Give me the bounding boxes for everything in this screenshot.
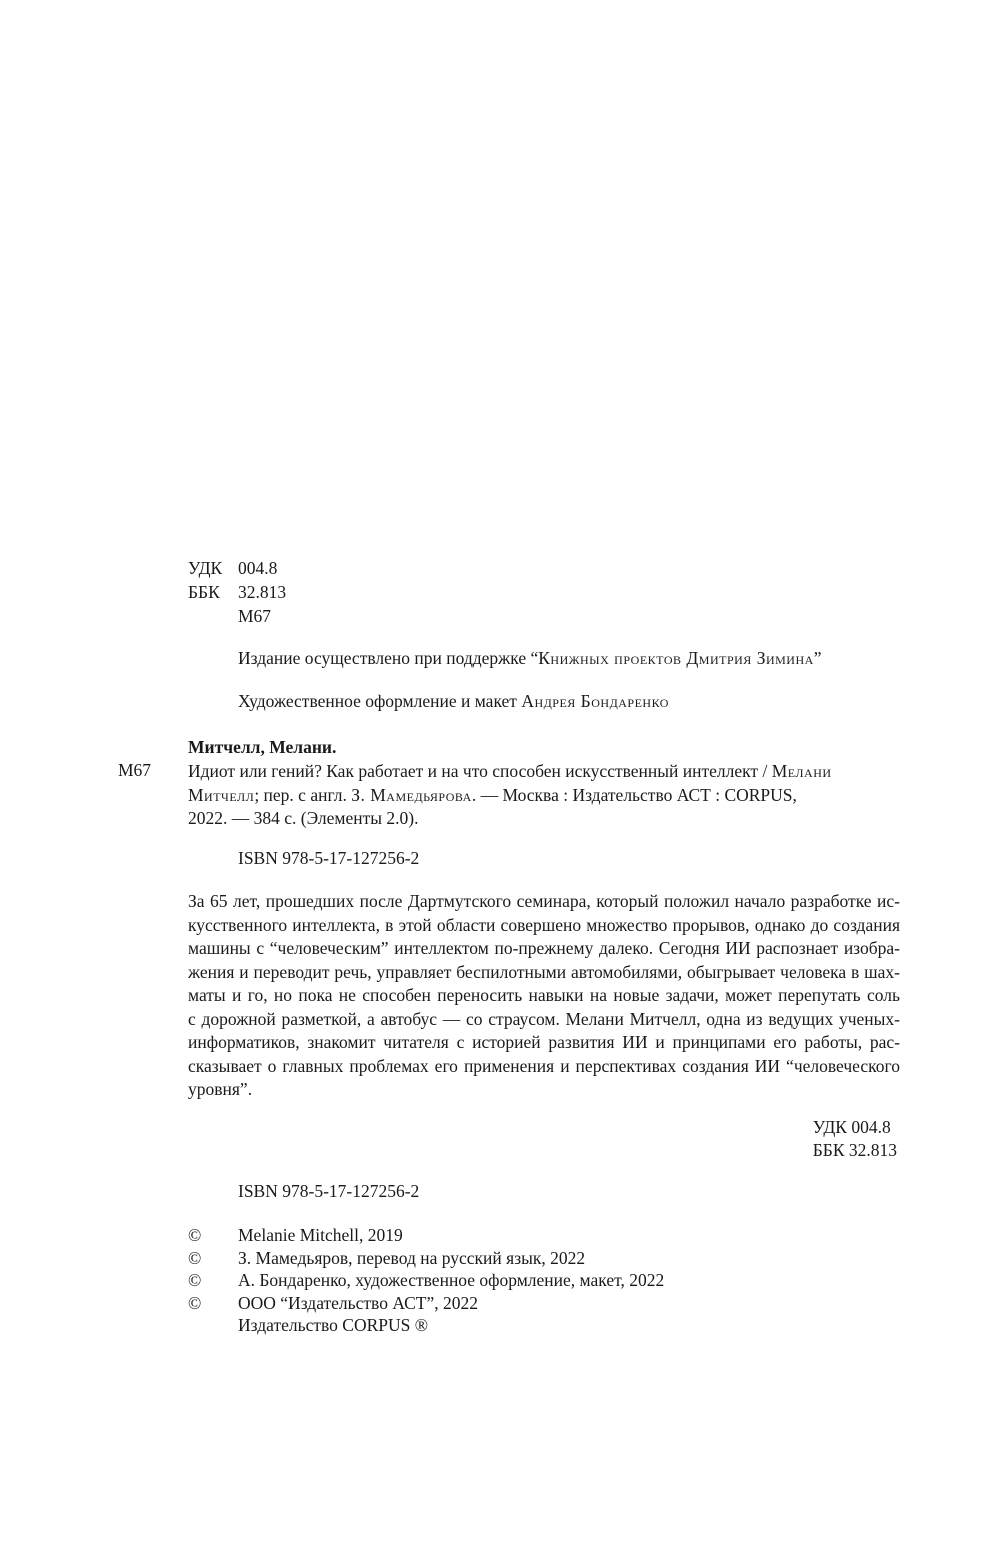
abstract-line: уровня”. [188, 1078, 900, 1102]
biblio-author-last: Митчелл [188, 785, 254, 805]
copyright-icon: © [188, 1269, 238, 1292]
biblio-line-1: Идиот или гений? Как работает и на что с… [188, 760, 900, 784]
copyright-text: Melanie Mitchell, 2019 [238, 1224, 403, 1247]
bbk-row: ББК 32.813 [188, 580, 286, 604]
abstract-line: маты и го, но пока не способен переносит… [188, 984, 900, 1008]
support-sponsor: Книжных проектов Дмитрия Зимина [538, 648, 814, 668]
publisher-imprint: Издательство CORPUS ® [238, 1314, 428, 1337]
classification-block: УДК 004.8 ББК 32.813 М67 [188, 556, 286, 628]
isbn-bottom: ISBN 978-5-17-127256-2 [238, 1181, 419, 1202]
support-note: Издание осуществлено при поддержке “Книж… [238, 648, 822, 669]
author-mark-row: М67 [188, 604, 286, 628]
copyright-text: З. Мамедьяров, перевод на русский язык, … [238, 1247, 585, 1270]
author-mark-label [188, 604, 238, 628]
copyright-icon: © [188, 1292, 238, 1315]
biblio-title: Идиот или гений? Как работает и на что с… [188, 761, 772, 781]
author-mark-value: М67 [238, 604, 271, 628]
biblio-translator: З. Мамедьярова [351, 785, 472, 805]
bbk-value: 32.813 [238, 580, 286, 604]
biblio-line-3: 2022. — 384 с. (Элементы 2.0). [188, 807, 900, 831]
udk-value: 004.8 [238, 556, 277, 580]
bibliographic-code: М67 [118, 760, 151, 781]
copyright-text: А. Бондаренко, художественное оформление… [238, 1269, 664, 1292]
biblio-translation-label: ; пер. с англ. [254, 785, 351, 805]
abstract-line: кусственного интеллекта, в этой области … [188, 914, 900, 938]
abstract-line: информатиков, знакомит читателя с истори… [188, 1031, 900, 1055]
copyright-icon: © [188, 1247, 238, 1270]
bbk-label: ББК [188, 580, 238, 604]
design-prefix: Художественное оформление и макет [238, 691, 521, 711]
abstract-line: с дорожной разметкой, а автобус — со стр… [188, 1008, 900, 1032]
support-prefix: Издание осуществлено при поддержке “ [238, 648, 538, 668]
design-credit: Художественное оформление и макет Андрея… [238, 691, 669, 712]
biblio-publisher: . — Москва : Издательство АСТ : CORPUS, [472, 785, 797, 805]
biblio-line-2: Митчелл; пер. с англ. З. Мамедьярова. — … [188, 784, 900, 808]
copyright-text: ООО “Издательство АСТ”, 2022 [238, 1292, 478, 1315]
support-suffix: ” [814, 648, 822, 668]
design-designer: Андрея Бондаренко [521, 691, 669, 711]
classification-bottom: УДК 004.8 ББК 32.813 [813, 1116, 897, 1162]
bibliographic-description: Идиот или гений? Как работает и на что с… [188, 760, 900, 831]
copyright-icon [188, 1314, 238, 1337]
copyright-item: © З. Мамедьяров, перевод на русский язык… [188, 1247, 664, 1270]
udk-bottom: УДК 004.8 [813, 1116, 897, 1139]
abstract-line: машины с “человеческим” интеллектом по-п… [188, 937, 900, 961]
copyright-item: © А. Бондаренко, художественное оформлен… [188, 1269, 664, 1292]
copyright-item: © ООО “Издательство АСТ”, 2022 [188, 1292, 664, 1315]
abstract-line: жения и переводит речь, управляет беспил… [188, 961, 900, 985]
copyright-list: © Melanie Mitchell, 2019 © З. Мамедьяров… [188, 1224, 664, 1337]
copyright-icon: © [188, 1224, 238, 1247]
bbk-bottom: ББК 32.813 [813, 1139, 897, 1162]
udk-row: УДК 004.8 [188, 556, 286, 580]
biblio-author-first: Мелани [772, 761, 832, 781]
copyright-item: © Melanie Mitchell, 2019 [188, 1224, 664, 1247]
copyright-item: Издательство CORPUS ® [188, 1314, 664, 1337]
udk-label: УДК [188, 556, 238, 580]
abstract-line: сказывает о главных проблемах его примен… [188, 1055, 900, 1079]
abstract: За 65 лет, прошедших после Дартмутского … [188, 890, 900, 1102]
isbn-top: ISBN 978-5-17-127256-2 [238, 848, 419, 869]
author-heading: Митчелл, Мелани. [188, 737, 336, 758]
abstract-line: За 65 лет, прошедших после Дартмутского … [188, 890, 900, 914]
